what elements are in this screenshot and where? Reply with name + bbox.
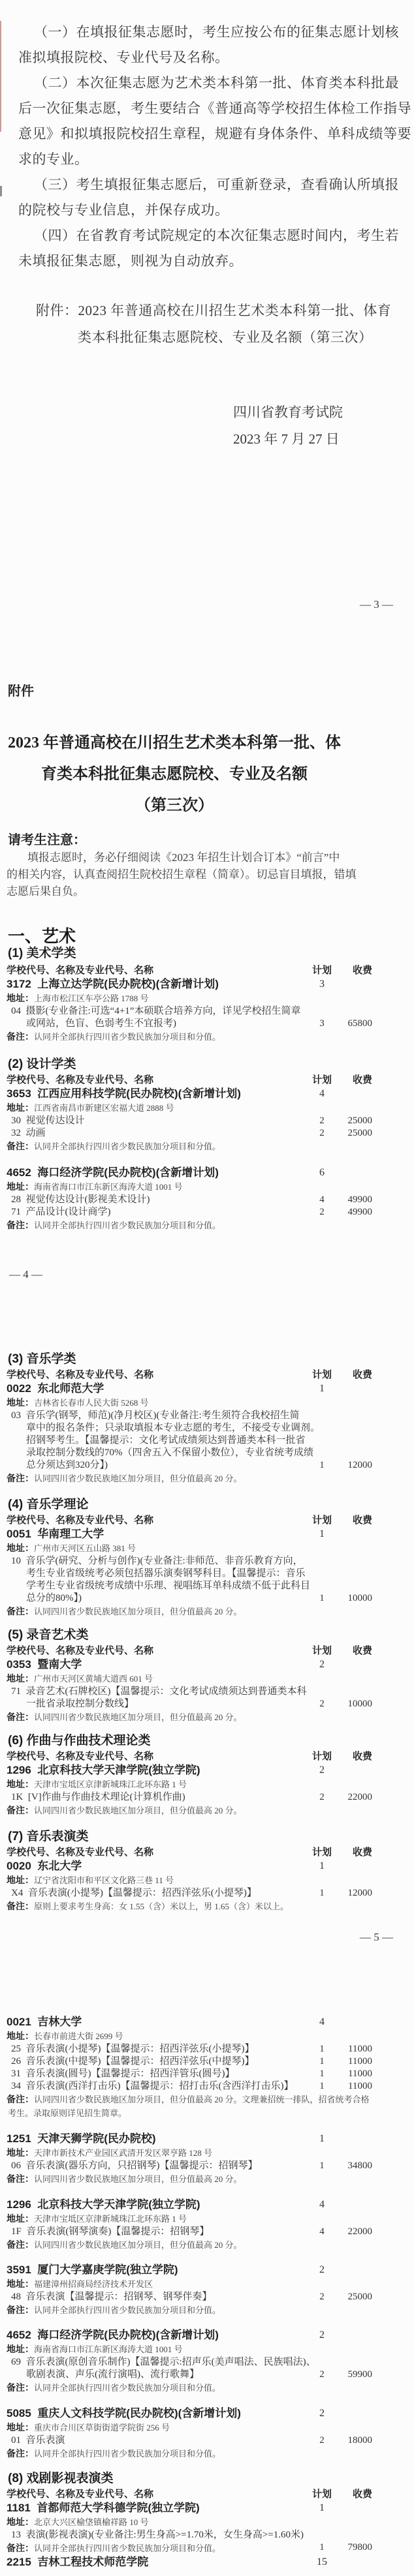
field-value: 江西省南昌市新建区宏福大道 2888 号 bbox=[34, 1103, 174, 1113]
category-heading: (8) 戏剧影视表演类 bbox=[0, 2471, 414, 2487]
line-text: 附件 bbox=[8, 684, 34, 699]
plan-count: 2 bbox=[299, 2434, 345, 2447]
line-text: 0353 暨南大学 bbox=[7, 1658, 82, 1671]
line-text: 4652 海口经济学院(民办院校)(含新增计划) bbox=[7, 1166, 219, 1179]
field-value: 认同并全部执行四川省少数民族加分项目和分值。 bbox=[34, 2383, 221, 2393]
field-label: 备注： bbox=[7, 2239, 34, 2250]
notice-paragraph-line: 准拟填报院校、专业代号及名称。 bbox=[0, 45, 414, 70]
fee-amount: 收费 bbox=[340, 2487, 372, 2501]
plan-count: 1 bbox=[299, 2132, 345, 2146]
major-row: 25 音乐表演(小提琴)【温馨提示：招西洋弦乐(小提琴)】111000 bbox=[0, 2043, 414, 2055]
field-label: 备注： bbox=[7, 2305, 34, 2315]
major-row: 歌剧表演、声乐(流行演唱)、流行歌舞】259900 bbox=[0, 2369, 414, 2381]
major-row: 1F 音乐表演(钢琴演奏)【温馨提示：招钢琴】422000 bbox=[0, 2226, 414, 2238]
field-label: 地址： bbox=[7, 1102, 34, 1113]
field-label: 地址： bbox=[7, 2147, 34, 2158]
notice-paragraph-line: 意见》和拟填报院校招生章程，规避有身体条件、单科成绩等要 bbox=[0, 121, 414, 147]
remark-row: 考生。录取原则详见招生简章。 bbox=[0, 2106, 414, 2120]
school-row: 0022 东北师范大学1 bbox=[0, 1382, 414, 1396]
line-text: 的院校与专业信息，并保存成功。 bbox=[18, 202, 229, 218]
field-value: 长春市前进大街 2699 号 bbox=[34, 2031, 123, 2041]
fee-amount: 11000 bbox=[340, 2043, 372, 2055]
line-text: 总分须达到320分】) bbox=[26, 1460, 108, 1470]
major-row: 71 录音艺术(石牌校区)【温馨提示：文化考试成绩须达到普通类本科 bbox=[0, 1686, 414, 1698]
address-row: 地址：天津市宝坻区京津新城珠江北环东路 1 号 bbox=[0, 2212, 414, 2226]
line-text: 学校代号、名称及专业代号、名称 bbox=[7, 1369, 153, 1380]
field-value: 福建漳州招商局经济技术开发区 bbox=[34, 2279, 153, 2289]
remark-row: 备注：认同并全部执行四川省少数民族加分项目和分值。 bbox=[0, 2541, 414, 2555]
plan-count: 计划 bbox=[299, 1513, 345, 1527]
major-row: 1K [V]作曲与作曲技术理论(计算机作曲)222000 bbox=[0, 1791, 414, 1804]
plan-count: 1 bbox=[299, 2068, 345, 2080]
fee-amount: 11000 bbox=[340, 2080, 372, 2093]
major-row: 71 产品设计(设计商学)249900 bbox=[0, 1206, 414, 1219]
address-row: 地址：重庆市合川区草街街道学院街 256 号 bbox=[0, 2421, 414, 2434]
school-row: 0020 东北大学1 bbox=[0, 1859, 414, 1873]
fee-amount: 收费 bbox=[340, 1845, 372, 1859]
field-label: 地址： bbox=[7, 2422, 34, 2432]
remark-row: 备注：认同四川省少数民族地区加分项目，但分值最高 20 分。 bbox=[0, 1804, 414, 1817]
plan-count: 计划 bbox=[299, 1073, 345, 1087]
major-row: 34 音乐表演(西洋打击乐)【温馨提示：招打击乐(含西洋打击乐)】111000 bbox=[0, 2080, 414, 2093]
table-header-row: 学校代号、名称及专业代号、名称计划收费 bbox=[0, 1368, 414, 1382]
category-heading: (2) 设计学类 bbox=[0, 1057, 414, 1072]
page-number: — 5 — bbox=[0, 1930, 414, 1945]
remark-row: 备注：认同并全部执行四川省少数民族加分项目和分值。 bbox=[0, 2303, 414, 2317]
remark-row: 备注：认同四川省少数民族地区加分项目，但分值最高 20 分。 bbox=[0, 1710, 414, 1724]
line-text: 准拟填报院校、专业代号及名称。 bbox=[18, 50, 229, 65]
line-text: 类本科批征集志愿院校、专业及名额（第三次） bbox=[78, 329, 373, 345]
plan-count: 2 bbox=[299, 1658, 345, 1672]
line-text: 意见》和拟填报院校招生章程，规避有身体条件、单科成绩等要 bbox=[18, 126, 411, 142]
line-text: 学校代号、名称及专业代号、名称 bbox=[7, 1751, 153, 1762]
line-text: 1F 音乐表演(钢琴演奏)【温馨提示：招钢琴】 bbox=[11, 2226, 209, 2237]
plan-count: 1 bbox=[299, 2080, 345, 2093]
major-row: 总分的80%】)110000 bbox=[0, 1592, 414, 1605]
attachment-title-line: 2023 年普通高校在川招生艺术类本科第一批、体 bbox=[0, 727, 349, 759]
major-row: 04 摄影(专业备注:可选“4+1”本硕联合培养方向，详见学校招生简章 bbox=[0, 1005, 414, 1018]
field-value: 认同并全部执行四川省少数民族加分项目和分值。 bbox=[34, 1220, 221, 1230]
category-heading: (4) 音乐学理论 bbox=[0, 1497, 414, 1513]
fee-amount: 收费 bbox=[340, 963, 372, 977]
line-text: 25 音乐表演(小提琴)【温馨提示：招西洋弦乐(小提琴)】 bbox=[11, 2044, 254, 2054]
plan-count: 4 bbox=[299, 2198, 345, 2212]
attachment-label: 附件 bbox=[0, 683, 414, 700]
fee-amount: 收费 bbox=[340, 1073, 372, 1087]
line-text: 2023 年 7 月 27 日 bbox=[233, 431, 340, 447]
field-label: 备注： bbox=[7, 1473, 34, 1483]
address-row: 地址：辽宁省沈阳市和平区文化路三巷 11 号 bbox=[0, 1873, 414, 1887]
line-text: 章中的报名条件；只录取填报本专业志愿的考生，不接受专业调剂。 bbox=[26, 1423, 320, 1433]
line-text: 考生专业省级统考必须包括器乐演奏钢琴科目。【温馨提示：音乐 bbox=[26, 1568, 306, 1579]
field-value: 天津市宝坻区京津新城珠江北环东路 1 号 bbox=[34, 1780, 187, 1789]
line-text: 学校代号、名称及专业代号、名称 bbox=[7, 2489, 153, 2500]
line-text: （四）在省教育考试院规定的本次征集志愿时间内，考生若 bbox=[34, 228, 399, 243]
category-heading: (7) 音乐表演类 bbox=[0, 1829, 414, 1845]
address-row: 地址：北京大兴区榆垡镇榆祥路 10 号 bbox=[0, 2515, 414, 2529]
major-row: 招钢琴考生。【温馨提示：文化考试成绩须达到普通类本科一批省 bbox=[0, 1434, 414, 1447]
line-text: 或网站，色盲、色弱考生不宜报考) bbox=[26, 1018, 176, 1029]
plan-count: 计划 bbox=[299, 2487, 345, 2501]
address-row: 地址：上海市松江区车亭公路 1788 号 bbox=[0, 992, 414, 1005]
school-row: 3172 上海立达学院(民办院校)(含新增计划)3 bbox=[0, 977, 414, 992]
plan-count: 1 bbox=[299, 1592, 345, 1605]
line-text: 3172 上海立达学院(民办院校)(含新增计划) bbox=[7, 978, 219, 990]
line-text: 填报志愿时，务必仔细阅读《2023 年招生计划合订本》“前言”中 bbox=[27, 851, 340, 864]
line-text: 未填报征集志愿，则视为自动放弃。 bbox=[18, 253, 243, 269]
plan-count: 2 bbox=[299, 2328, 345, 2342]
major-row: 13 表演(影视表演)(专业备注:男生身高>=1.70米，女生身高>=1.60米… bbox=[0, 2529, 414, 2541]
line-text: 请考生注意： bbox=[8, 833, 86, 847]
page-number: — 3 — bbox=[0, 598, 414, 612]
field-value: 认同四川省少数民族地区加分项目，但分值最高 20 分。 bbox=[34, 2174, 242, 2184]
field-label: 备注： bbox=[7, 2543, 34, 2553]
fee-amount: 18000 bbox=[340, 2434, 372, 2447]
field-value: 吉林省长春市人民大街 5268 号 bbox=[34, 1398, 149, 1408]
field-value: 上海市松江区车亭公路 1788 号 bbox=[34, 993, 149, 1003]
plan-count: 2 bbox=[299, 2291, 345, 2303]
plan-count: 1 bbox=[299, 2055, 345, 2068]
notice-paragraph-line: （二）本次征集志愿为艺术类本科第一批、体育类本科批最 bbox=[0, 70, 414, 96]
field-label: 备注： bbox=[7, 1805, 34, 1815]
plan-count: 1 bbox=[299, 1527, 345, 1541]
plan-count: 1 bbox=[299, 1859, 345, 1873]
line-text: 学校代号、名称及专业代号、名称 bbox=[7, 1515, 153, 1526]
line-text: 30 视觉传达设计 bbox=[11, 1115, 85, 1126]
plan-count: 1 bbox=[299, 2160, 345, 2172]
field-value: 海南省海口市江东新区海涛大道 1001 号 bbox=[34, 1182, 183, 1192]
field-label: 地址： bbox=[7, 2031, 34, 2041]
school-row: 0353 暨南大学2 bbox=[0, 1658, 414, 1672]
plan-count: 6 bbox=[299, 1166, 345, 1180]
table-header-row: 学校代号、名称及专业代号、名称计划收费 bbox=[0, 1644, 414, 1658]
line-text: 10 音乐学(研究、分析与创作)(专业备注:非师范、非音乐教育方向， bbox=[11, 1556, 303, 1566]
field-value: 重庆市合川区草街街道学院街 256 号 bbox=[34, 2423, 170, 2432]
major-row: 或网站，色盲、色弱考生不宜报考)365800 bbox=[0, 1018, 414, 1030]
plan-count: 3 bbox=[299, 977, 345, 992]
line-text: 学校代号、名称及专业代号、名称 bbox=[7, 1074, 153, 1085]
fee-amount: 11000 bbox=[340, 2068, 372, 2080]
plan-count: 2 bbox=[299, 1698, 345, 1710]
line-text: 0021 吉林大学 bbox=[7, 2016, 82, 2028]
field-value: 天津市新技术产业园区武清开发区翠亨路 128 号 bbox=[34, 2148, 212, 2158]
category-heading: (5) 录音艺术类 bbox=[0, 1628, 414, 1643]
line-text: 学校代号、名称及专业代号、名称 bbox=[7, 965, 153, 976]
line-text: 歌剧表演、声乐(流行演唱)、流行歌舞】 bbox=[26, 2369, 199, 2380]
line-text: 学校代号、名称及专业代号、名称 bbox=[7, 1847, 153, 1858]
address-row: 地址：福建漳州招商局经济技术开发区 bbox=[0, 2277, 414, 2291]
major-row: X4 音乐表演(小提琴)【温馨提示：招西洋弦乐(小提琴)】112000 bbox=[0, 1887, 414, 1900]
line-text: 26 音乐表演(中提琴)【温馨提示：招西洋弦乐(中提琴)】 bbox=[11, 2056, 254, 2067]
line-text: 育类本科批征集志愿院校、专业及名额 bbox=[41, 766, 308, 783]
plan-count: 2 bbox=[299, 1115, 345, 1127]
field-label: 备注： bbox=[7, 1606, 34, 1616]
major-row: 06 音乐表演(器乐方向，只招钢琴)【温馨提示：招钢琴】134800 bbox=[0, 2160, 414, 2172]
attachment-reference-line: 类本科批征集志愿院校、专业及名额（第三次） bbox=[0, 324, 414, 351]
remark-row: 备注：认同四川省少数民族地区加分项目，但分值最高 20 分。 bbox=[0, 2172, 414, 2186]
fee-amount: 10000 bbox=[340, 1698, 372, 1710]
line-text: 69 音乐表演(原创音乐制作)【温馨提示:招声乐(美声唱法、民族唱法)、 bbox=[11, 2357, 316, 2367]
school-row: 1296 北京科技大学天津学院(独立学院)4 bbox=[0, 2198, 414, 2212]
signature-line: 四川省教育考试院 bbox=[0, 399, 414, 426]
address-row: 地址：长春市前进大街 2699 号 bbox=[0, 2029, 414, 2043]
plan-count: 2 bbox=[299, 1763, 345, 1778]
field-label: 备注： bbox=[7, 1901, 34, 1911]
plan-count: 2 bbox=[299, 2263, 345, 2277]
plan-count: 1 bbox=[299, 2501, 345, 2515]
fee-amount: 12000 bbox=[340, 1887, 372, 1900]
field-label: 备注： bbox=[7, 2174, 34, 2184]
notice-heading: 请考生注意： bbox=[0, 832, 414, 849]
document-lines: （一）在填报征集志愿时，考生应按公布的征集志愿计划核准拟填报院校、专业代号及名称… bbox=[0, 20, 414, 2569]
major-row: 48 音乐表演【温馨提示：招钢琴、钢琴伴奏】225000 bbox=[0, 2291, 414, 2303]
address-row: 地址：天津市新技术产业园区武清开发区翠亨路 128 号 bbox=[0, 2146, 414, 2160]
line-text: 31 音乐表演(圆号)【温馨提示：招西洋管乐(圆号)】 bbox=[11, 2068, 234, 2079]
line-text: 3653 江西应用科技学院(民办院校)(含新增计划) bbox=[7, 1087, 241, 1100]
line-text: 求的专业。 bbox=[18, 151, 89, 167]
table-header-row: 学校代号、名称及专业代号、名称计划收费 bbox=[0, 1073, 414, 1087]
page-number: — 4 — bbox=[0, 1267, 414, 1282]
fee-amount: 25000 bbox=[340, 2291, 372, 2303]
field-value: 认同四川省少数民族地区加分项目，但分值最高 20 分。文理兼招统一排队，招省统考… bbox=[34, 2095, 370, 2104]
plan-count: 2 bbox=[299, 2369, 345, 2381]
field-value: 广州市天河区黄埔大道西 601 号 bbox=[34, 1674, 153, 1684]
field-value: 天津市宝坻区京津新城珠江北环东路 1 号 bbox=[34, 2214, 187, 2224]
category-heading: (1) 美术学类 bbox=[0, 946, 414, 962]
remark-row: 备注：认同四川省少数民族地区加分项目，但分值最高 20 分。 bbox=[0, 1472, 414, 1485]
plan-count: 15 bbox=[299, 2555, 345, 2569]
line-text: 后一次征集志愿，考生要结合《普通高等学校招生体检工作指导 bbox=[18, 100, 411, 116]
fee-amount: 49900 bbox=[340, 1194, 372, 1206]
notice-body-line: 填报志愿时，务必仔细阅读《2023 年招生计划合订本》“前言”中 bbox=[0, 849, 414, 866]
line-text: （一）在填报征集志愿时，考生应按公布的征集志愿计划核 bbox=[34, 24, 399, 40]
notice-paragraph-line: 未填报征集志愿，则视为自动放弃。 bbox=[0, 249, 414, 274]
remark-row: 备注：认同并全部执行四川省少数民族加分项目和分值。 bbox=[0, 1030, 414, 1044]
line-text: 28 视觉传达设计(影视美术设计) bbox=[11, 1194, 150, 1205]
plan-count: 2 bbox=[299, 1206, 345, 1219]
line-text: （第三次） bbox=[135, 797, 214, 814]
major-row: 章中的报名条件；只录取填报本专业志愿的考生，不接受专业调剂。 bbox=[0, 1422, 414, 1434]
fee-amount: 34800 bbox=[340, 2160, 372, 2172]
line-text: X4 音乐表演(小提琴)【温馨提示：招西洋弦乐(小提琴)】 bbox=[11, 1888, 257, 1898]
fee-amount: 22000 bbox=[340, 2226, 372, 2238]
fee-amount: 11000 bbox=[340, 2055, 372, 2068]
fee-amount: 25000 bbox=[340, 1127, 372, 1140]
plan-count: 2 bbox=[299, 1127, 345, 1140]
field-value: 考生。录取原则详见招生简章。 bbox=[8, 2108, 127, 2118]
fee-amount: 59900 bbox=[340, 2369, 372, 2381]
field-label: 备注： bbox=[7, 2094, 34, 2104]
notice-paragraph-line: （一）在填报征集志愿时，考生应按公布的征集志愿计划核 bbox=[0, 20, 414, 45]
field-label: 备注： bbox=[7, 1031, 34, 1042]
field-label: 地址： bbox=[7, 2517, 34, 2527]
field-value: 认同四川省少数民族地区加分项目，但分值最高 20 分。 bbox=[34, 1712, 242, 1722]
field-value: 认同四川省少数民族地区加分项目，但分值最高 20 分。 bbox=[34, 1474, 242, 1483]
field-value: 认同并全部执行四川省少数民族加分项目和分值。 bbox=[34, 2305, 221, 2315]
line-text: — 3 — bbox=[360, 598, 393, 611]
fee-amount: 22000 bbox=[340, 1791, 372, 1804]
field-value: 认同并全部执行四川省少数民族加分项目和分值。 bbox=[34, 1142, 221, 1151]
category-heading: (6) 作曲与作曲技术理论类 bbox=[0, 1733, 414, 1749]
category-heading: (3) 音乐学类 bbox=[0, 1352, 414, 1367]
field-value: 认同并全部执行四川省少数民族加分项目和分值。 bbox=[34, 2543, 221, 2553]
school-row: 1181 首都师范大学科德学院(独立学院)1 bbox=[0, 2501, 414, 2515]
line-text: 1296 北京科技大学天津学院(独立学院) bbox=[7, 2198, 200, 2211]
major-row: 32 动画225000 bbox=[0, 1127, 414, 1140]
plan-count: 1 bbox=[299, 1887, 345, 1900]
line-text: 一批省录取控制分数线】 bbox=[26, 1699, 134, 1709]
table-header-row: 学校代号、名称及专业代号、名称计划收费 bbox=[0, 963, 414, 977]
attachment-title-line: 育类本科批征集志愿院校、专业及名额 bbox=[0, 759, 349, 790]
table-header-row: 学校代号、名称及专业代号、名称计划收费 bbox=[0, 1845, 414, 1859]
line-text: 0051 华南理工大学 bbox=[7, 1528, 104, 1540]
line-text: 34 音乐表演(西洋打击乐)【温馨提示：招打击乐(含西洋打击乐)】 bbox=[11, 2081, 293, 2091]
plan-count: 4 bbox=[299, 1087, 345, 1101]
table-header-row: 学校代号、名称及专业代号、名称计划收费 bbox=[0, 2487, 414, 2501]
plan-count: 计划 bbox=[299, 963, 345, 977]
school-row: 4652 海口经济学院(民办院校)(含新增计划)2 bbox=[0, 2328, 414, 2342]
address-row: 地址：广州市天河区五山路 381 号 bbox=[0, 1541, 414, 1555]
major-row: 考生专业省级统考必须包括器乐演奏钢琴科目。【温馨提示：音乐 bbox=[0, 1568, 414, 1580]
field-label: 地址： bbox=[7, 1543, 34, 1553]
field-label: 备注： bbox=[7, 2382, 34, 2393]
line-text: 03 音乐学(钢琴，师范)(净月校区)(专业备注:考生须符合我校招生简 bbox=[11, 1410, 300, 1421]
fee-amount: 49900 bbox=[340, 1206, 372, 1219]
fee-amount: 12000 bbox=[340, 1459, 372, 1472]
line-text: (5) 录音艺术类 bbox=[8, 1628, 89, 1642]
line-text: 四川省教育考试院 bbox=[233, 404, 343, 420]
plan-count: 1 bbox=[299, 1382, 345, 1396]
major-row: 10 音乐学(研究、分析与创作)(专业备注:非师范、非音乐教育方向， bbox=[0, 1555, 414, 1568]
line-text: 的相关内容，认真查阅招生院校招生章程（简章）。切忌盲目填报，错填 bbox=[7, 868, 357, 881]
field-label: 地址： bbox=[7, 2344, 34, 2354]
plan-count: 1 bbox=[299, 1459, 345, 1472]
line-text: 2215 吉林工程技术师范学院 bbox=[7, 2556, 148, 2568]
line-text: — 4 — bbox=[9, 1268, 42, 1280]
table-header-row: 学校代号、名称及专业代号、名称计划收费 bbox=[0, 1513, 414, 1527]
remark-row: 备注：认同并全部执行四川省少数民族加分项目和分值。 bbox=[0, 2381, 414, 2395]
attachment-title-line: （第三次） bbox=[0, 790, 349, 821]
field-label: 备注： bbox=[7, 1141, 34, 1151]
remark-row: 备注：认同四川省少数民族地区加分项目，但分值最高 20 分。 bbox=[0, 1605, 414, 1618]
address-row: 地址：广州市天河区黄埔大道西 601 号 bbox=[0, 1672, 414, 1686]
notice-paragraph-line: 的院校与专业信息，并保存成功。 bbox=[0, 198, 414, 223]
line-text: (6) 作曲与作曲技术理论类 bbox=[8, 1734, 151, 1748]
line-text: 2023 年普通高校在川招生艺术类本科第一批、体 bbox=[8, 735, 341, 751]
fee-amount: 25000 bbox=[340, 1115, 372, 1127]
field-label: 备注： bbox=[7, 1712, 34, 1722]
line-text: （二）本次征集志愿为艺术类本科第一批、体育类本科批最 bbox=[34, 75, 399, 91]
remark-row: 备注：原则上要求考生身高：女 1.55（含）米以上，男 1.65（含）米以上。 bbox=[0, 1900, 414, 1913]
plan-count: 1 bbox=[299, 2043, 345, 2055]
remark-row: 备注：认同并全部执行四川省少数民族加分项目和分值。 bbox=[0, 1140, 414, 1153]
line-text: 71 产品设计(设计商学) bbox=[11, 1207, 111, 1217]
attachment-reference-line: 附件：2023 年普通高校在川招生艺术类本科第一批、体育 bbox=[0, 297, 414, 324]
field-label: 地址： bbox=[7, 993, 34, 1003]
field-value: 原则上要求考生身高：女 1.55（含）米以上，男 1.65（含）米以上。 bbox=[34, 1902, 289, 1911]
remark-row: 备注：认同四川省少数民族地区加分项目，但分值最高 20 分。 bbox=[0, 2238, 414, 2252]
address-row: 地址：海南省海口市江东新区海涛大道 1001 号 bbox=[0, 2342, 414, 2356]
field-label: 备注： bbox=[7, 1220, 34, 1230]
major-row: 28 视觉传达设计(影视美术设计)449900 bbox=[0, 1194, 414, 1206]
line-text: (1) 美术学类 bbox=[8, 947, 76, 960]
field-label: 地址： bbox=[7, 1673, 34, 1684]
line-text: (2) 设计学类 bbox=[8, 1057, 76, 1071]
line-text: 1251 天津天狮学院(民办院校) bbox=[7, 2132, 156, 2145]
signature-line: 2023 年 7 月 27 日 bbox=[0, 426, 414, 453]
address-row: 地址：江西省南昌市新建区宏福大道 2888 号 bbox=[0, 1101, 414, 1115]
school-row: 3653 江西应用科技学院(民办院校)(含新增计划)4 bbox=[0, 1087, 414, 1101]
major-row: 总分须达到320分】)112000 bbox=[0, 1459, 414, 1472]
line-text: 4652 海口经济学院(民办院校)(含新增计划) bbox=[7, 2329, 219, 2341]
field-label: 地址： bbox=[7, 1181, 34, 1192]
school-row: 0021 吉林大学4 bbox=[0, 2015, 414, 2029]
line-text: 附件：2023 年普通高校在川招生艺术类本科第一批、体育 bbox=[36, 303, 391, 318]
field-value: 辽宁省沈阳市和平区文化路三巷 11 号 bbox=[34, 1875, 174, 1885]
notice-body-line: 志愿后果自负。 bbox=[0, 883, 414, 900]
line-text: 71 录音艺术(石牌校区)【温馨提示：文化考试成绩须达到普通类本科 bbox=[11, 1686, 307, 1697]
field-label: 备注： bbox=[7, 2448, 34, 2459]
fee-amount: 10000 bbox=[340, 1592, 372, 1605]
fee-amount: 收费 bbox=[340, 1750, 372, 1763]
school-row: 5085 重庆人文科技学院(民办院校)(含新增计划)2 bbox=[0, 2406, 414, 2421]
plan-count: 2 bbox=[299, 1791, 345, 1804]
section-heading: 一、艺术 bbox=[0, 926, 414, 946]
line-text: 1296 北京科技大学天津学院(独立学院) bbox=[7, 1764, 200, 1776]
field-value: 广州市天河区五山路 381 号 bbox=[34, 1543, 136, 1553]
field-value: 认同四川省少数民族地区加分项目，但分值最高 20 分。 bbox=[34, 1607, 242, 1616]
line-text: 04 摄影(专业备注:可选“4+1”本硕联合培养方向，详见学校招生简章 bbox=[11, 1006, 300, 1016]
address-row: 地址：吉林省长春市人民大街 5268 号 bbox=[0, 1396, 414, 1410]
line-text: (4) 音乐学理论 bbox=[8, 1498, 89, 1511]
school-row: 1296 北京科技大学天津学院(独立学院)2 bbox=[0, 1763, 414, 1778]
major-row: 录取控制分数线的70%（四舍五入不保留小数位），专业省统考成绩 bbox=[0, 1447, 414, 1459]
notice-paragraph-line: 求的专业。 bbox=[0, 147, 414, 172]
field-value: 认同并全部执行四川省少数民族加分项目和分值。 bbox=[34, 1032, 221, 1042]
plan-count: 计划 bbox=[299, 1368, 345, 1382]
line-text: 13 表演(影视表演)(专业备注:男生身高>=1.70米，女生身高>=1.60米… bbox=[11, 2530, 304, 2540]
school-row: 0051 华南理工大学1 bbox=[0, 1527, 414, 1541]
major-row: 01 音乐表演218000 bbox=[0, 2434, 414, 2447]
line-text: 志愿后果自负。 bbox=[7, 885, 84, 898]
major-row: 30 视觉传达设计225000 bbox=[0, 1115, 414, 1127]
plan-count: 计划 bbox=[299, 1750, 345, 1763]
line-text: — 5 — bbox=[360, 1931, 393, 1943]
notice-paragraph-line: （四）在省教育考试院规定的本次征集志愿时间内，考生若 bbox=[0, 223, 414, 249]
line-text: 录取控制分数线的70%（四舍五入不保留小数位），专业省统考成绩 bbox=[26, 1447, 313, 1458]
line-text: 5085 重庆人文科技学院(民办院校)(含新增计划) bbox=[7, 2407, 241, 2419]
document-page: （一）在填报征集志愿时，考生应按公布的征集志愿计划核准拟填报院校、专业代号及名称… bbox=[0, 0, 414, 2576]
line-text: 32 动画 bbox=[11, 1128, 46, 1138]
line-text: 0022 东北师范大学 bbox=[7, 1382, 104, 1395]
plan-count: 2 bbox=[299, 2406, 345, 2421]
remark-row: 备注：认同并全部执行四川省少数民族加分项目和分值。 bbox=[0, 1219, 414, 1232]
plan-count: 4 bbox=[299, 2226, 345, 2238]
major-row: 一批省录取控制分数线】210000 bbox=[0, 1698, 414, 1710]
line-text: (3) 音乐学类 bbox=[8, 1352, 76, 1366]
plan-count: 计划 bbox=[299, 1644, 345, 1658]
fee-amount: 收费 bbox=[340, 1513, 372, 1527]
remark-row: 备注：认同四川省少数民族地区加分项目，但分值最高 20 分。文理兼招统一排队，招… bbox=[0, 2093, 414, 2106]
line-text: 学考生专业省级统考成绩中乐理、视唱练耳单科成绩不低于此科目 bbox=[26, 1581, 310, 1591]
fee-amount: 收费 bbox=[340, 1368, 372, 1382]
line-text: 学校代号、名称及专业代号、名称 bbox=[7, 1645, 153, 1656]
school-row: 4652 海口经济学院(民办院校)(含新增计划)6 bbox=[0, 1166, 414, 1180]
field-label: 地址： bbox=[7, 2213, 34, 2224]
plan-count: 4 bbox=[299, 2015, 345, 2029]
major-row: 69 音乐表演(原创音乐制作)【温馨提示:招声乐(美声唱法、民族唱法)、 bbox=[0, 2356, 414, 2369]
plan-count: 3 bbox=[299, 1018, 345, 1030]
